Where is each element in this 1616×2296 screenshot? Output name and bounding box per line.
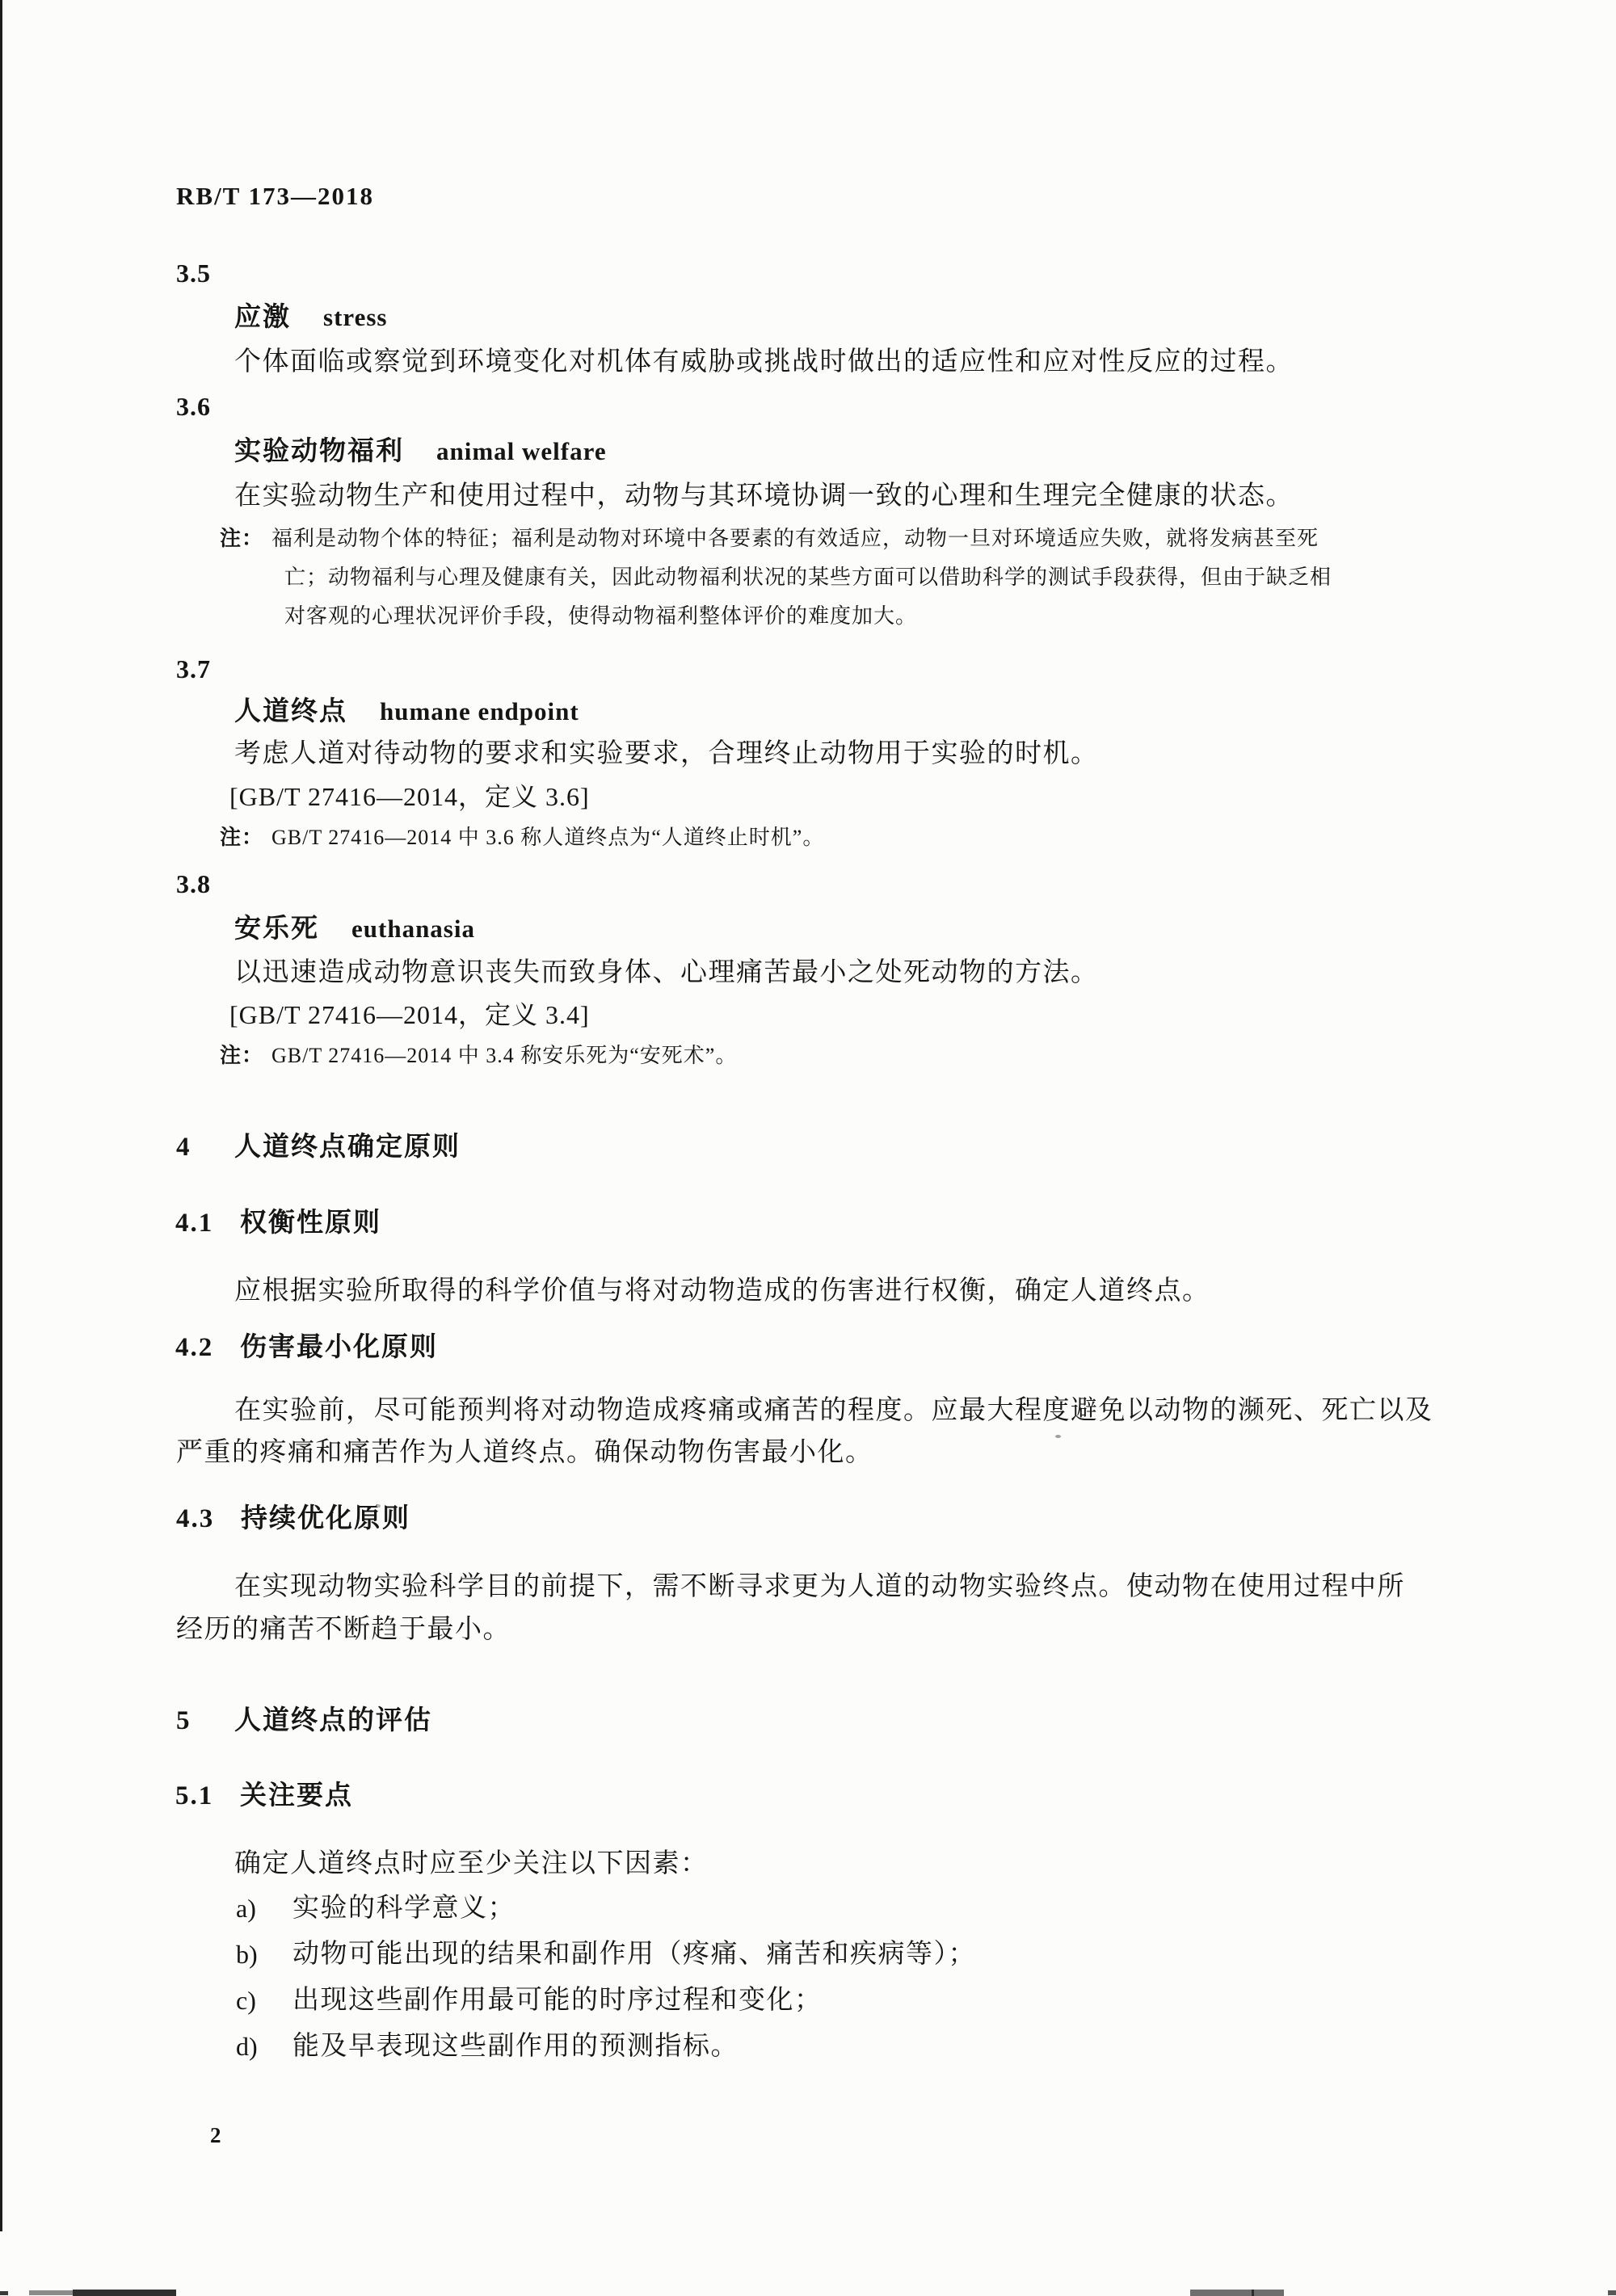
list-item-c-text: 出现这些副作用最可能的时序过程和变化； [292, 1986, 823, 2016]
scan-left-edge-line [0, 0, 2, 2231]
clause-4-1-title: 权衡性原则 [240, 1209, 381, 1239]
clause-number-3-6: 3.6 [176, 392, 211, 422]
clause-4-2-number: 4.2 [175, 1333, 213, 1364]
paragraph-4-3-line2: 经历的痛苦不断趋于最小。 [176, 1615, 511, 1646]
definition-3-8: 以迅速造成动物意识丧失而致身体、心理痛苦最小之处死动物的方法。 [234, 958, 1099, 989]
scan-bottom-bar-right-notch [1252, 2290, 1254, 2296]
scan-bottom-bar-left-dark [73, 2290, 176, 2296]
clause-5-1-title: 关注要点 [240, 1781, 353, 1812]
scan-bottom-mark-far-right [1608, 2290, 1616, 2295]
list-item-a-label: a) [236, 1894, 256, 1924]
page-number: 2 [210, 2123, 221, 2148]
paragraph-4-1: 应根据实验所取得的科学价值与将对动物造成的伤害进行权衡，确定人道终点。 [234, 1276, 1210, 1307]
scan-bottom-bar-right [1190, 2290, 1284, 2296]
list-item-b-label: b) [236, 1940, 258, 1970]
note-3-8: 注：GB/T 27416—2014 中 3.4 称安乐死为“安死术”。 [220, 1044, 737, 1068]
clause-4-1-number: 4.1 [175, 1209, 213, 1239]
scan-bottom-mark-far-left [0, 2291, 8, 2295]
clause-4-2-title: 伤害最小化原则 [240, 1333, 438, 1364]
chapter-4-number: 4 [176, 1133, 191, 1163]
term-heading-3-5: 应激 stress [234, 303, 387, 334]
clause-5-1-number: 5.1 [175, 1781, 213, 1812]
scan-bottom-bar-left-light [29, 2290, 73, 2295]
term-zh: 安乐死 [234, 915, 319, 945]
paragraph-4-3-line1: 在实现动物实验科学目的前提下，需不断寻求更为人道的动物实验终点。使动物在使用过程… [234, 1572, 1405, 1603]
clause-4-3-title: 持续优化原则 [241, 1504, 410, 1535]
source-reference-3-8: [GB/T 27416—2014，定义 3.4] [229, 1000, 590, 1030]
list-intro-5-1: 确定人道终点时应至少关注以下因素： [234, 1849, 709, 1880]
clause-number-3-8: 3.8 [176, 869, 211, 899]
note-3-7: 注：GB/T 27416—2014 中 3.6 称人道终点为“人道终止时机”。 [220, 826, 824, 850]
clause-4-3-number: 4.3 [176, 1504, 214, 1535]
paragraph-4-2-line1: 在实验前，尽可能预判将对动物造成疼痛或痛苦的程度。应最大程度避免以动物的濒死、死… [234, 1396, 1433, 1427]
term-en: stress [323, 303, 387, 332]
note-3-6-line2: 亡；动物福利与心理及健康有关，因此动物福利状况的某些方面可以借助科学的测试手段获… [284, 566, 1332, 590]
source-reference-3-7: [GB/T 27416—2014，定义 3.6] [229, 782, 590, 812]
list-item-d-label: d) [236, 2032, 258, 2062]
note-label: 注： [220, 527, 263, 550]
document-page: RB/T 173—2018 3.5 应激 stress 个体面临或察觉到环境变化… [0, 0, 1616, 2296]
scan-speck-2 [377, 1504, 381, 1508]
list-item-b-text: 动物可能出现的结果和副作用（疼痛、痛苦和疾病等）； [292, 1940, 976, 1970]
term-zh: 应激 [234, 303, 291, 334]
doc-code-header: RB/T 173—2018 [176, 182, 374, 211]
term-en: humane endpoint [380, 697, 579, 726]
note-text: GB/T 27416—2014 中 3.6 称人道终点为“人道终止时机”。 [271, 826, 824, 849]
note-3-6-line3: 对客观的心理状况评价手段，使得动物福利整体评价的难度加大。 [284, 604, 917, 629]
term-zh: 实验动物福利 [234, 437, 404, 468]
clause-number-3-7: 3.7 [176, 654, 211, 684]
definition-3-5: 个体面临或察觉到环境变化对机体有威胁或挑战时做出的适应性和应对性反应的过程。 [234, 347, 1294, 378]
chapter-5-number: 5 [176, 1706, 191, 1737]
list-item-d-text: 能及早表现这些副作用的预测指标。 [292, 2032, 739, 2063]
clause-number-3-5: 3.5 [176, 259, 211, 288]
note-label: 注： [220, 826, 263, 849]
chapter-5-title: 人道终点的评估 [234, 1706, 432, 1737]
note-text: 福利是动物个体的特征；福利是动物对环境中各要素的有效适应，动物一旦对环境适应失败… [271, 527, 1319, 550]
paragraph-4-2-line2: 严重的疼痛和痛苦作为人道终点。确保动物伤害最小化。 [176, 1438, 873, 1469]
definition-3-7: 考虑人道对待动物的要求和实验要求，合理终止动物用于实验的时机。 [234, 739, 1099, 770]
list-item-a-text: 实验的科学意义； [292, 1894, 516, 1924]
note-text: GB/T 27416—2014 中 3.4 称安乐死为“安死术”。 [271, 1044, 737, 1067]
note-3-6-line1: 注：福利是动物个体的特征；福利是动物对环境中各要素的有效适应，动物一旦对环境适应… [220, 527, 1319, 551]
term-en: animal welfare [436, 437, 607, 466]
term-zh: 人道终点 [234, 697, 347, 728]
term-heading-3-7: 人道终点 humane endpoint [234, 697, 579, 728]
term-heading-3-8: 安乐死 euthanasia [234, 915, 475, 945]
term-heading-3-6: 实验动物福利 animal welfare [234, 437, 607, 468]
note-label: 注： [220, 1044, 263, 1067]
chapter-4-title: 人道终点确定原则 [234, 1133, 461, 1163]
term-en: euthanasia [351, 915, 475, 944]
scan-speck-1 [1055, 1435, 1061, 1438]
list-item-c-label: c) [236, 1986, 256, 2016]
definition-3-6: 在实验动物生产和使用过程中，动物与其环境协调一致的心理和生理完全健康的状态。 [234, 481, 1294, 512]
